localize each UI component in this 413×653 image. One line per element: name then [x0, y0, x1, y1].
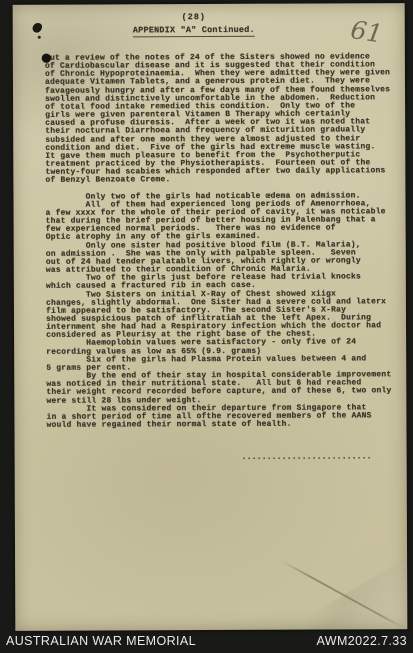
- archive-caption-bar: AUSTRALIAN WAR MEMORIAL AWM2022.7.33: [0, 629, 413, 653]
- paper-speck: [38, 36, 41, 39]
- handwritten-annotation: 61: [349, 15, 385, 49]
- appendix-title: APPENDIX "A" Continued.: [133, 25, 255, 38]
- scan-background: (28) APPENDIX "A" Continued. 61 but a re…: [0, 0, 413, 653]
- institution-label: AUSTRALIAN WAR MEMORIAL: [6, 634, 196, 648]
- typewritten-body: but a review of the notes of 24 of the S…: [45, 53, 392, 462]
- reference-number: AWM2022.7.33: [317, 634, 408, 648]
- page-number: (28): [181, 12, 205, 22]
- paper-tear: [31, 22, 43, 34]
- document-page: (28) APPENDIX "A" Continued. 61 but a re…: [13, 3, 408, 631]
- punch-hole: [42, 54, 51, 63]
